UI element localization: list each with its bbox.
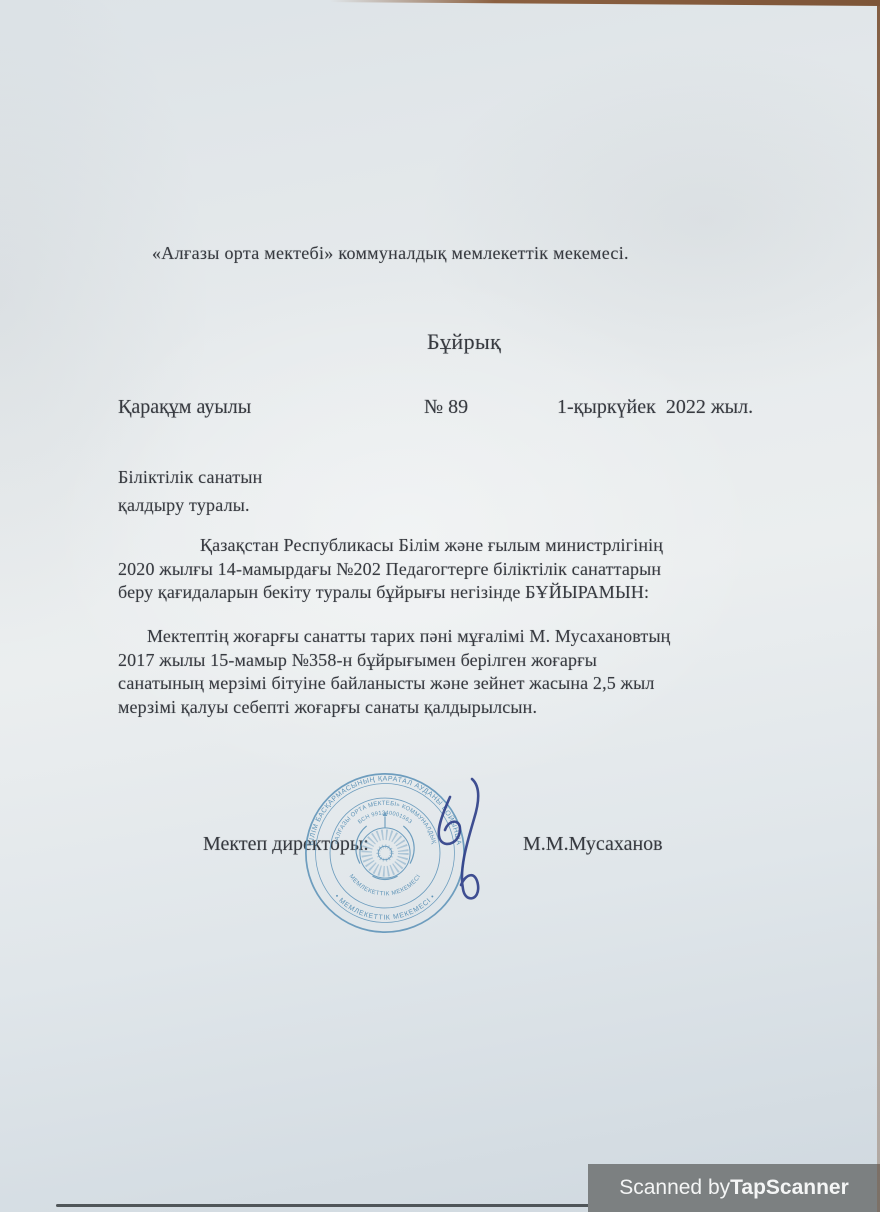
order-decision-paragraph: Мектептің жоғарғы санатты тарих пәні мұғ… [118,625,678,719]
scanner-watermark: Scanned by TapScanner [588,1164,880,1212]
order-basis-paragraph: Қазақстан Республикасы Білім және ғылым … [118,534,678,605]
watermark-prefix: Scanned by [619,1176,730,1200]
scanned-page: «Алғазы орта мектебі» коммуналдық мемлек… [0,0,880,1212]
order-date: 1-қыркүйек 2022 жыл. [557,396,753,419]
paper-crease-shadows [0,0,880,1212]
order-number: № 89 [424,396,468,419]
place-name: Қарақұм ауылы [118,396,251,419]
paper-sheet: «Алғазы орта мектебі» коммуналдық мемлек… [0,0,880,1212]
signature-ink [420,773,498,913]
org-name-line: «Алғазы орта мектебі» коммуналдық мемлек… [152,243,629,264]
watermark-brand: TapScanner [730,1176,849,1200]
doc-type-title: Бұйрық [427,329,501,355]
scan-edge-shadow [56,1204,592,1207]
director-name: М.М.Мусаханов [523,833,663,856]
subject-block: Біліктілік санатын қалдыру туралы. [118,464,262,519]
stamp-inner-bottom-text: МЕМЛЕКЕТТІК МЕКЕМЕСІ [348,874,423,898]
